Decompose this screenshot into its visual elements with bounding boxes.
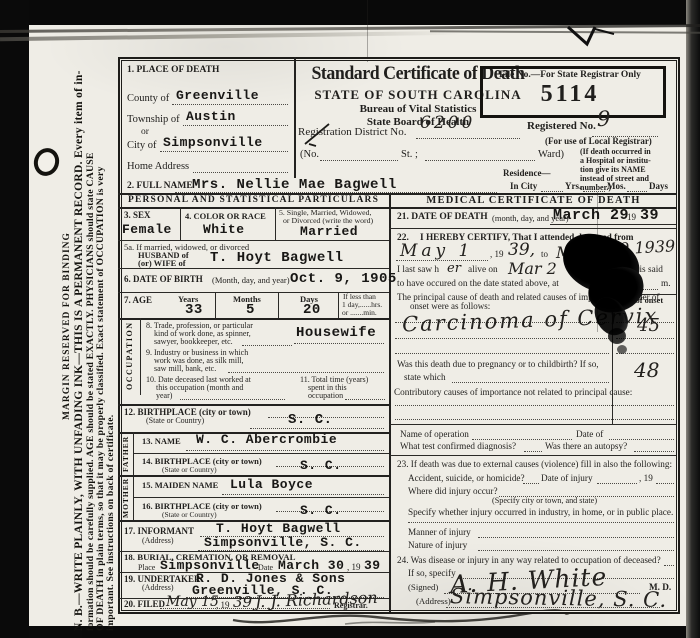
sex-value: Female xyxy=(122,222,172,237)
rule xyxy=(133,453,389,454)
operation-date-label: Date of xyxy=(576,430,603,440)
leader xyxy=(160,607,330,609)
leader xyxy=(320,159,398,161)
rule xyxy=(180,207,181,240)
occupation-related-label: 24. Was disease or injury in any way rel… xyxy=(397,556,661,566)
personal-band: PERSONAL AND STATISTICAL PARTICULARS xyxy=(118,195,389,205)
certify-19: , 19 xyxy=(490,250,504,259)
leader xyxy=(583,190,605,192)
rule xyxy=(338,292,339,318)
leader xyxy=(523,482,539,484)
undertaker-sub: (Address) xyxy=(142,584,174,592)
rule xyxy=(118,268,389,269)
place-of-death-label: 1. PLACE OF DEATH xyxy=(127,66,219,76)
age-days-value: 20 xyxy=(303,302,321,318)
dod-yy: 39 xyxy=(640,207,659,224)
dob-note: (Month, day, and year) xyxy=(212,276,290,285)
leader xyxy=(664,564,674,566)
county-value: Greenville xyxy=(176,88,259,103)
bp12-sub: (State or Country) xyxy=(146,417,204,425)
residence-incity-label: In City xyxy=(510,182,537,191)
leader xyxy=(345,398,385,400)
aliveon-text: alive on xyxy=(468,266,498,276)
township-label: Township of xyxy=(127,114,180,125)
informant-sub: (Address) xyxy=(142,537,174,545)
onset-value-1: 45 xyxy=(637,315,660,336)
scanned-death-certificate: MARGIN RESERVED FOR BINDING N. B.—WRITE … xyxy=(0,0,700,638)
ink-blot xyxy=(608,328,626,344)
occ8-value: Housewife xyxy=(296,325,376,341)
bp12-value: S. C. xyxy=(288,412,333,428)
scan-edge-left xyxy=(0,0,29,638)
occured-text: to have occured on the date stated above… xyxy=(397,280,559,290)
leader xyxy=(472,438,572,440)
injury-date-label: Date of injury xyxy=(541,474,593,484)
injury-19-label: , 19 xyxy=(639,474,653,484)
leader xyxy=(478,549,674,551)
leader xyxy=(541,190,563,192)
informant-name: T. Hoyt Bagwell xyxy=(216,521,341,536)
leader xyxy=(294,342,384,344)
occ9-l3: saw mill, bank, etc. xyxy=(154,365,216,373)
age-label: 7. AGE xyxy=(124,296,152,305)
rule xyxy=(550,224,676,225)
rule xyxy=(118,404,389,406)
race-label: 4. COLOR OR RACE xyxy=(185,212,266,221)
manner-injury-label: Manner of injury xyxy=(408,528,471,538)
lastsaw-her: er xyxy=(447,261,461,276)
accident-label: Accident, suicide, or homicide? xyxy=(408,474,525,484)
age-less-l3: or .......min. xyxy=(342,309,377,317)
race-value: White xyxy=(203,222,245,237)
no-label: (No. xyxy=(300,149,319,160)
external-causes-label: 23. If death was due to external causes … xyxy=(397,460,672,470)
nature-injury-label: Nature of injury xyxy=(408,541,467,551)
leader xyxy=(425,159,535,161)
margin-reserved-note: MARGIN RESERVED FOR BINDING xyxy=(62,232,72,420)
leader xyxy=(222,493,384,495)
husband-value: T. Hoyt Bagwell xyxy=(210,250,344,266)
mother-bp-sub: (State or Country) xyxy=(162,511,217,519)
residence-yrs-label: Yrs. xyxy=(565,182,581,191)
leader xyxy=(172,103,288,105)
registered-no-label: Registered No. xyxy=(527,121,596,133)
dod-label: 21. DATE OF DEATH xyxy=(397,213,488,223)
specify-place-label: Specify whether injury occurred in indus… xyxy=(408,508,673,518)
crease-line xyxy=(367,0,368,62)
mother-maiden-value: Lula Boyce xyxy=(230,477,313,492)
informant-address: Simpsonville, S. C. xyxy=(204,535,362,550)
signed-label: (Signed) xyxy=(408,583,438,592)
mother-maiden-label: 15. MAIDEN NAME xyxy=(142,481,218,490)
leader xyxy=(408,521,674,523)
rule xyxy=(140,318,141,395)
scan-edge-right xyxy=(686,0,700,638)
lastsaw-text: I last saw h xyxy=(397,266,439,276)
county-label: County of xyxy=(127,93,169,104)
leader xyxy=(242,344,292,346)
leader xyxy=(180,398,285,400)
registration-district-value: 6200 xyxy=(420,113,475,133)
occured-m: m. xyxy=(661,280,671,290)
leader xyxy=(446,606,660,608)
medical-band: MEDICAL CERTIFICATE OF DEATH xyxy=(391,195,676,206)
top-check-mark xyxy=(565,24,617,48)
rule xyxy=(118,240,389,241)
rule xyxy=(118,318,389,320)
dob-value: Oct. 9, 1905 xyxy=(290,271,397,287)
leader xyxy=(228,371,384,373)
age-months-value: 5 xyxy=(246,302,255,318)
ward-label: Ward) xyxy=(538,149,564,160)
ink-blot xyxy=(617,345,627,354)
home-address-label: Home Address xyxy=(127,161,189,172)
leader xyxy=(395,404,674,406)
mother-vertical-label: MOTHER xyxy=(121,478,130,518)
leader xyxy=(183,124,288,126)
where-injury-label: Where did injury occur? xyxy=(408,487,498,497)
leader xyxy=(396,259,488,261)
filed-label: 20. FILED xyxy=(124,600,165,609)
operation-label: Name of operation xyxy=(400,430,469,440)
leader xyxy=(395,418,674,420)
father-name-label: 13. NAME xyxy=(142,437,181,446)
father-bp-sub: (State or Country) xyxy=(162,466,217,474)
rule xyxy=(389,193,391,612)
leader xyxy=(609,438,674,440)
leader xyxy=(175,191,497,193)
contributory-label: Contributory causes of importance not re… xyxy=(394,388,632,398)
rule xyxy=(133,497,389,498)
margin-note-line1: N. B.—WRITE PLAINLY, WITH UNFADING INK—T… xyxy=(73,70,85,631)
occ8-l3: sawyer, bookkeeper, etc. xyxy=(154,338,233,346)
sex-label: 3. SEX xyxy=(124,211,151,220)
dob-label: 6. DATE OF BIRTH xyxy=(124,275,203,284)
test-label: What test confirmed diagnosis? xyxy=(400,442,516,452)
rule xyxy=(215,292,216,318)
father-name-value: W. C. Abercrombie xyxy=(196,432,337,447)
township-value: Austin xyxy=(186,109,236,124)
rule xyxy=(389,455,676,456)
occupation-vertical-label: OCCUPATION xyxy=(125,322,134,390)
leader xyxy=(193,171,288,173)
age-years-value: 33 xyxy=(185,302,203,318)
registered-no-value: 9 xyxy=(597,107,610,131)
residence-days-label: Days xyxy=(649,182,668,191)
leader xyxy=(416,137,520,139)
marital-value: Married xyxy=(300,224,358,239)
leader xyxy=(250,427,384,429)
leader xyxy=(452,381,609,383)
local-registrar-note: (For use of Local Registrar) xyxy=(545,137,652,146)
leader xyxy=(597,482,637,484)
onset-value-2: 48 xyxy=(634,358,659,382)
scan-edge-top xyxy=(0,0,700,25)
leader xyxy=(160,150,288,152)
pregnancy-l2: state which xyxy=(404,373,446,383)
leader xyxy=(627,190,647,192)
occ11-l3: occupation xyxy=(308,392,343,400)
leader xyxy=(656,482,674,484)
leader xyxy=(634,450,674,452)
leader xyxy=(395,337,609,339)
leader xyxy=(395,352,609,354)
st-label: St. ; xyxy=(401,149,418,160)
lastsaw-date: Mar 2 xyxy=(508,259,557,278)
mother-bp-value: S. C. xyxy=(300,503,342,518)
file-number-value: 5114 xyxy=(482,82,658,107)
filed-19: , 19 xyxy=(216,601,230,610)
leader xyxy=(186,449,384,451)
attended-from-yy: 39, xyxy=(508,240,535,260)
leader xyxy=(478,536,674,538)
husband-label-l3: (or) WIFE of xyxy=(138,259,186,268)
residence-mos-label: Mos. xyxy=(607,182,626,191)
dod-19: 19 xyxy=(627,213,636,222)
city-value: Simpsonville xyxy=(163,135,263,150)
city-label: City of xyxy=(127,140,156,151)
margin-note-line4: important. See instructions on back of c… xyxy=(105,415,116,631)
leader xyxy=(524,450,542,452)
father-bp-value: S. C. xyxy=(300,458,342,473)
residence-label: Residence— xyxy=(503,169,551,178)
specify-city-note: (Specify city or town, and state) xyxy=(492,497,597,506)
registrar-label: Registrar. xyxy=(334,602,368,610)
rule xyxy=(389,424,676,425)
father-vertical-label: FATHER xyxy=(121,436,130,472)
autopsy-label: Was there an autopsy? xyxy=(545,442,627,452)
file-box-label: File No.—For State Registrar Only xyxy=(482,71,658,81)
rule xyxy=(389,228,676,229)
dod-value: March 29 xyxy=(553,207,629,224)
rule xyxy=(275,207,276,240)
attended-from-date: May 1 xyxy=(400,241,473,261)
or-label: or xyxy=(141,128,149,138)
address-label: (Address) xyxy=(416,597,451,606)
occ10-l3: year) xyxy=(156,392,172,400)
rule xyxy=(278,292,279,318)
registration-district-label: Registration District No. xyxy=(298,127,406,139)
burial-yy: 39 xyxy=(364,558,381,573)
pregnancy-l1: Was this death due to pregnancy or to ch… xyxy=(397,360,599,370)
